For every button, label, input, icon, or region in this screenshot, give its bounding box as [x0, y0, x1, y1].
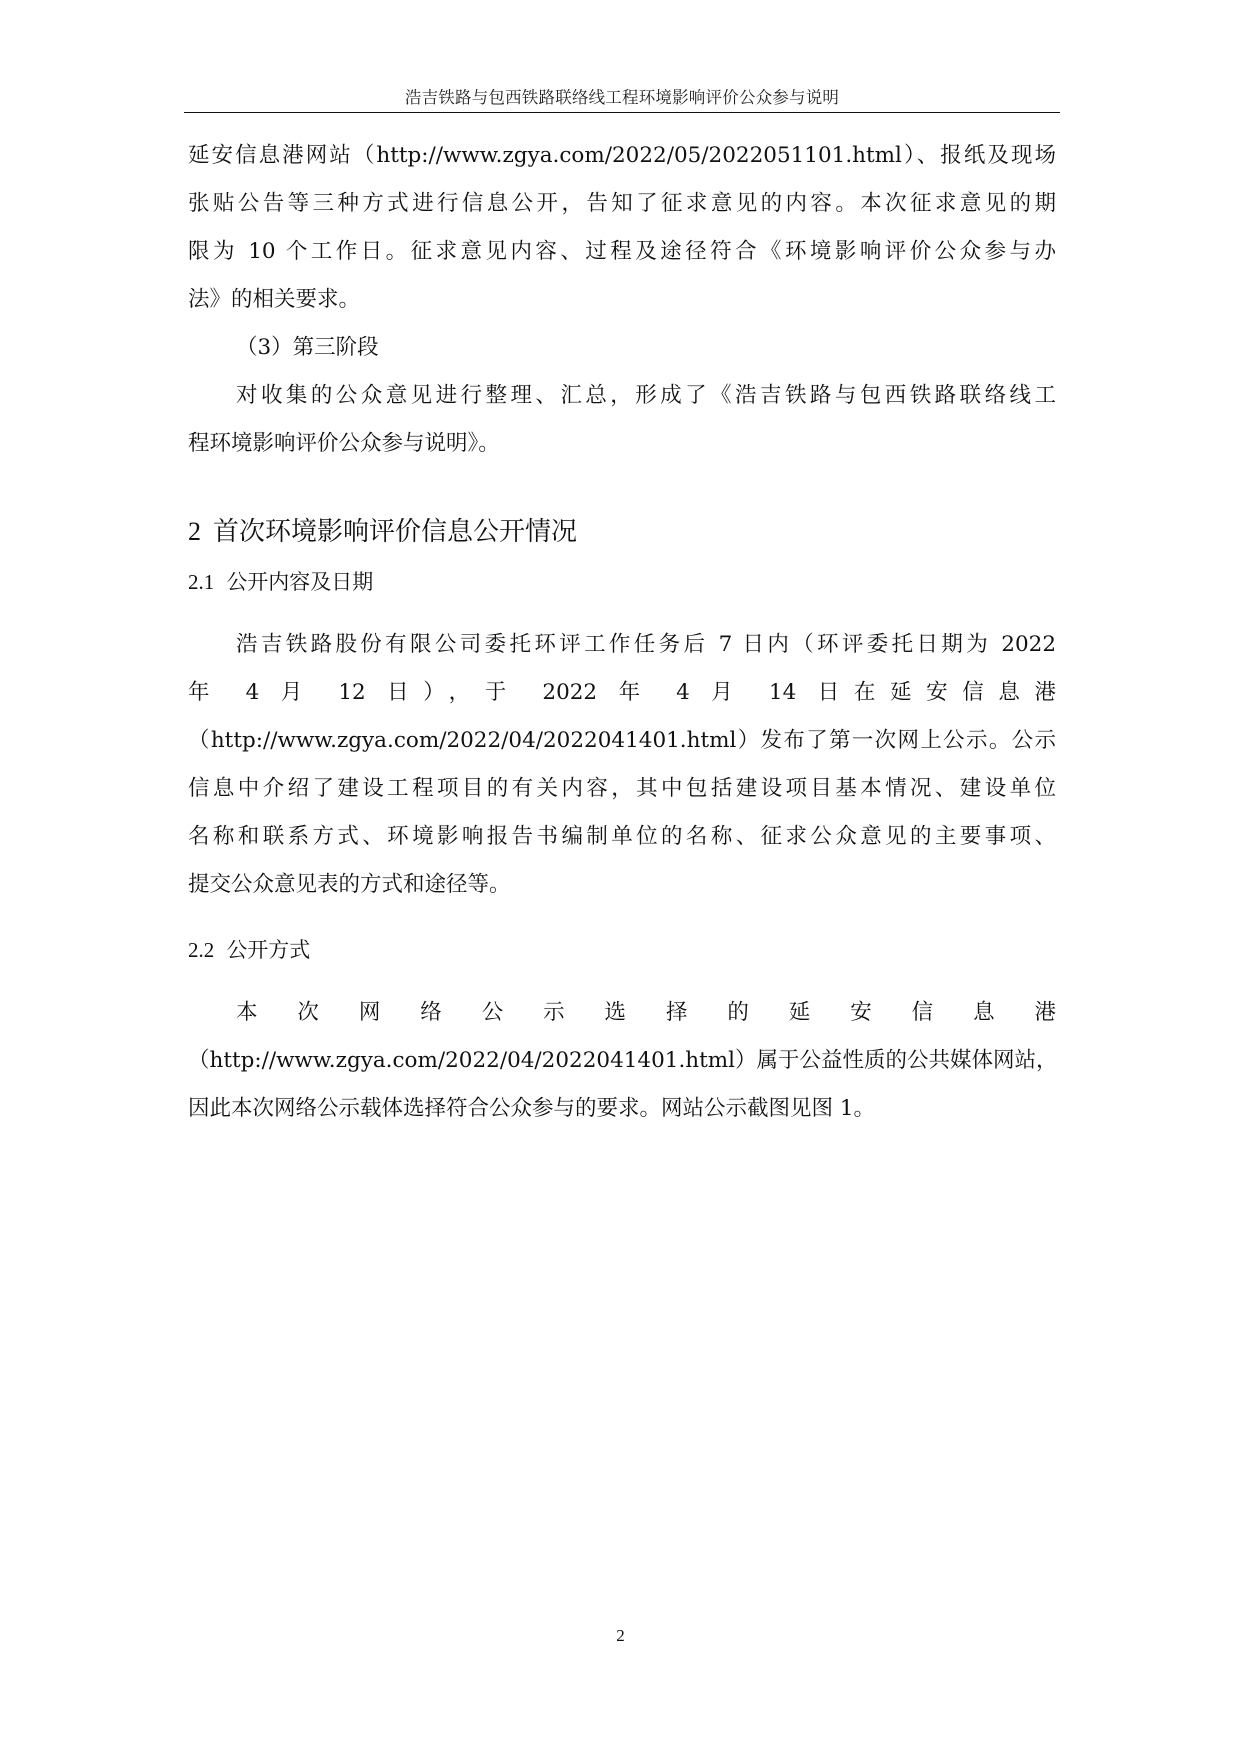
paragraph-line: 张贴公告等三种方式进行信息公开，告知了征求意见的内容。本次征求意见的期 — [188, 189, 1056, 219]
section-heading-2: 2首次环境影响评价信息公开情况 — [188, 511, 577, 548]
subsection-heading-2-2: 2.2公开方式 — [188, 934, 310, 964]
page-number: 2 — [0, 1626, 1241, 1646]
subsection-heading-2-1: 2.1公开内容及日期 — [188, 566, 373, 596]
section-number: 2 — [188, 517, 201, 546]
paragraph-line: 年 4 月 12 日），于 2022 年 4 月 14 日在延安信息港 — [188, 678, 1056, 708]
paragraph-line: 提交公众意见表的方式和途径等。 — [188, 870, 1056, 900]
paragraph-line: （http://www.zgya.com/2022/04/2022041401.… — [188, 726, 1056, 756]
subsection-title: 公开内容及日期 — [226, 570, 373, 594]
section-title: 首次环境影响评价信息公开情况 — [213, 517, 577, 547]
paragraph-line: 对收集的公众意见进行整理、汇总，形成了《浩吉铁路与包西铁路联络线工 — [236, 381, 1056, 411]
paragraph-line: 限为 10 个工作日。征求意见内容、过程及途径符合《环境影响评价公众参与办 — [188, 237, 1056, 267]
subsection-number: 2.2 — [188, 938, 214, 962]
paragraph-line: 本次网络公示选择的延安信息港 — [236, 998, 1056, 1028]
paragraph-line: 名称和联系方式、环境影响报告书编制单位的名称、征求公众意见的主要事项、 — [188, 822, 1056, 852]
paragraph-line: 信息中介绍了建设工程项目的有关内容，其中包括建设项目基本情况、建设单位 — [188, 774, 1056, 804]
paragraph-line: 延安信息港网站（http://www.zgya.com/2022/05/2022… — [188, 141, 1056, 171]
paragraph-line: 法》的相关要求。 — [188, 285, 1056, 315]
paragraph-line: （http://www.zgya.com/2022/04/2022041401.… — [188, 1046, 1056, 1076]
paragraph-line: 程环境影响评价公众参与说明》。 — [188, 429, 1056, 459]
stage3-heading: （3）第三阶段 — [236, 333, 1056, 363]
paragraph-line: 因此本次网络公示载体选择符合公众参与的要求。网站公示截图见图 1。 — [188, 1094, 1056, 1124]
header-title: 浩吉铁路与包西铁路联络线工程环境影响评价公众参与说明 — [184, 84, 1060, 108]
subsection-title: 公开方式 — [226, 938, 310, 962]
paragraph-line: 浩吉铁路股份有限公司委托环评工作任务后 7 日内（环评委托日期为 2022 — [236, 630, 1056, 660]
header-divider — [184, 112, 1060, 113]
subsection-number: 2.1 — [188, 570, 214, 594]
